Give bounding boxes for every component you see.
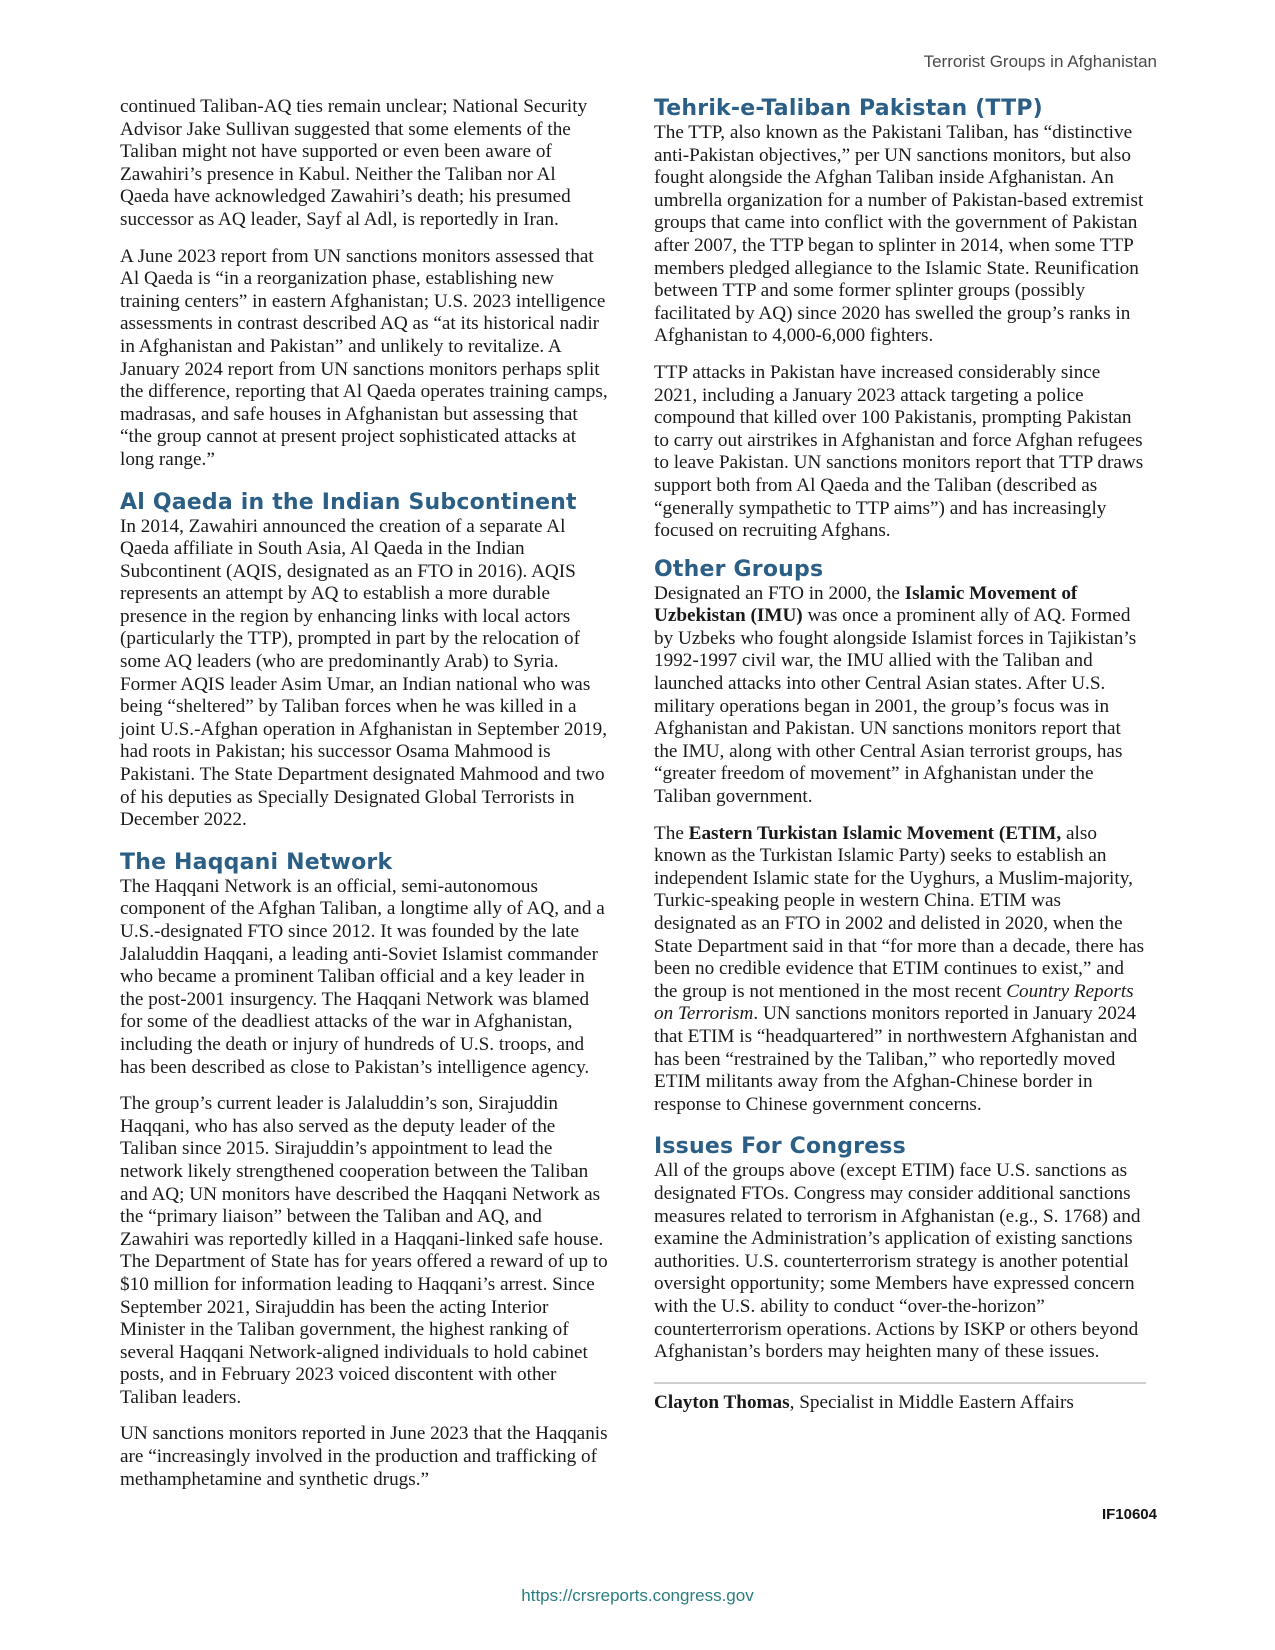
footer-url-link[interactable]: https://crsreports.congress.gov xyxy=(0,1586,1275,1606)
paragraph-ttp-attacks: TTP attacks in Pakistan have increased c… xyxy=(654,362,1146,543)
right-column: Tehrik-e-Taliban Pakistan (TTP) The TTP,… xyxy=(654,96,1146,1414)
heading-aqis: Al Qaeda in the Indian Subcontinent xyxy=(120,490,608,516)
etim-name-bold: Eastern Turkistan Islamic Movement (ETIM… xyxy=(689,823,1062,844)
paragraph-imu: Designated an FTO in 2000, the Islamic M… xyxy=(654,583,1146,809)
heading-other-groups: Other Groups xyxy=(654,557,1146,583)
paragraph-ttp-overview: The TTP, also known as the Pakistani Tal… xyxy=(654,122,1146,348)
author-divider xyxy=(654,1382,1146,1384)
author-name: Clayton Thomas xyxy=(654,1392,790,1413)
paragraph-un-monitors-aq: A June 2023 report from UN sanctions mon… xyxy=(120,246,608,472)
document-id: IF10604 xyxy=(1102,1506,1157,1523)
heading-ttp: Tehrik-e-Taliban Pakistan (TTP) xyxy=(654,96,1146,122)
paragraph-etim: The Eastern Turkistan Islamic Movement (… xyxy=(654,823,1146,1117)
heading-issues-for-congress: Issues For Congress xyxy=(654,1134,1146,1160)
imu-text-pre: Designated an FTO in 2000, the xyxy=(654,583,905,604)
author-line: Clayton Thomas, Specialist in Middle Eas… xyxy=(654,1392,1146,1415)
paragraph-haqqani-overview: The Haqqani Network is an official, semi… xyxy=(120,876,608,1079)
imu-text-post: was once a prominent ally of AQ. Formed … xyxy=(654,605,1136,807)
etim-text-pre: The xyxy=(654,823,689,844)
paragraph-haqqani-leader: The group’s current leader is Jalaluddin… xyxy=(120,1093,608,1409)
etim-text-mid: also known as the Turkistan Islamic Part… xyxy=(654,823,1144,1002)
paragraph-haqqani-drugs: UN sanctions monitors reported in June 2… xyxy=(120,1423,608,1491)
paragraph-aq-ties: continued Taliban-AQ ties remain unclear… xyxy=(120,96,608,232)
heading-haqqani-network: The Haqqani Network xyxy=(120,850,608,876)
left-column: continued Taliban-AQ ties remain unclear… xyxy=(120,96,608,1505)
paragraph-issues: All of the groups above (except ETIM) fa… xyxy=(654,1160,1146,1363)
paragraph-aqis: In 2014, Zawahiri announced the creation… xyxy=(120,516,608,832)
author-title: , Specialist in Middle Eastern Affairs xyxy=(790,1392,1074,1413)
running-header-title: Terrorist Groups in Afghanistan xyxy=(924,52,1157,72)
